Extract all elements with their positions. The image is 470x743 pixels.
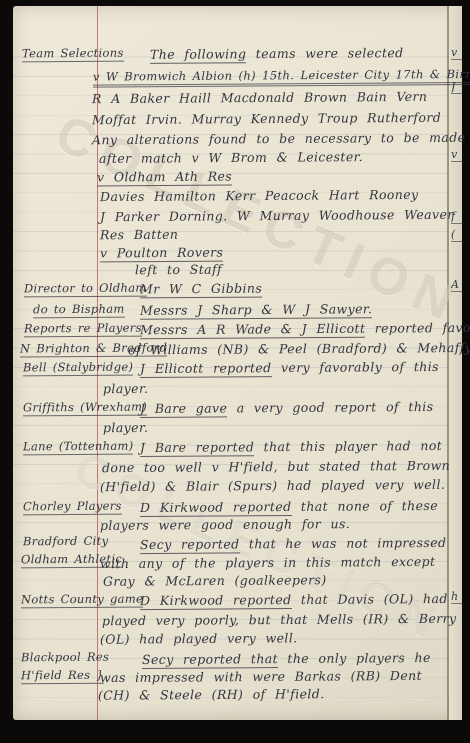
margin-label: Bell (Stalybridge) bbox=[23, 360, 133, 375]
handwriting-line: played very poorly, but that Mells (IR) … bbox=[102, 611, 457, 628]
handwriting-line: Gray & McLaren (goalkeepers) bbox=[103, 572, 327, 589]
handwriting-line: J Parker Dorning. W Murray Woodhouse Wea… bbox=[100, 207, 454, 224]
handwriting-line: J Ellicott reported very favorably of th… bbox=[140, 359, 439, 376]
margin-label: Director to Oldham bbox=[24, 281, 147, 296]
handwriting-line: Any alterations found to be necessary to… bbox=[92, 130, 466, 148]
edge-fragment: A bbox=[451, 278, 463, 292]
handwriting-line: Secy reported that the only players he bbox=[142, 650, 431, 667]
margin-label: Blackpool Res bbox=[21, 650, 109, 665]
margin-label: H'field Res } bbox=[21, 668, 104, 683]
handwriting-line: J Bare reported that this player had not bbox=[140, 438, 442, 455]
edge-fragment: h bbox=[451, 590, 463, 604]
handwriting-line: player. bbox=[103, 381, 148, 396]
margin-label: Team Selections bbox=[22, 46, 124, 61]
handwriting-line: with any of the players in this match ex… bbox=[100, 554, 436, 571]
edge-fragment: f bbox=[451, 210, 463, 224]
margin-label: Lane (Tottenham) bbox=[23, 439, 134, 454]
handwriting-line: Mr W C Gibbins bbox=[140, 281, 262, 297]
handwriting-line: Res Batten bbox=[100, 227, 178, 243]
margin-label: Bradford City bbox=[23, 534, 108, 549]
handwriting-line: J Bare gave a very good report of this bbox=[140, 399, 434, 416]
handwriting-line: (H'field) & Blair (Spurs) had played ver… bbox=[100, 477, 445, 494]
handwriting-line: Messrs J Sharp & W J Sawyer. bbox=[140, 301, 372, 318]
handwriting-line: Secy reported that he was not impressed bbox=[140, 535, 446, 552]
handwriting-line: was impressed with were Barkas (RB) Dent bbox=[100, 668, 422, 685]
handwriting-line: (OL) had played very well. bbox=[100, 630, 298, 646]
handwriting-line: player. bbox=[103, 420, 148, 435]
margin-label: Chorley Players bbox=[23, 499, 122, 514]
margin-label: Reports re Players bbox=[24, 321, 142, 336]
handwriting-line: after match v W Brom & Leicester. bbox=[99, 149, 363, 166]
handwriting-line: D Kirkwood reported that none of these bbox=[140, 498, 438, 515]
handwriting-line: The following teams were selected bbox=[150, 45, 404, 62]
margin-label: Notts County game bbox=[21, 592, 143, 607]
margin-label: Griffiths (Wrexham) bbox=[23, 400, 147, 415]
handwriting-line: of Williams (NB) & Peel (Bradford) & Meh… bbox=[128, 340, 470, 358]
handwriting-line: Davies Hamilton Kerr Peacock Hart Rooney bbox=[100, 187, 419, 204]
edge-fragment: J bbox=[451, 80, 463, 94]
edge-fragment: ( bbox=[451, 228, 463, 242]
handwriting-line: players were good enough for us. bbox=[100, 516, 350, 533]
handwriting-line: Messrs A R Wade & J Ellicott reported fa… bbox=[140, 320, 470, 338]
handwriting-line: D Kirkwood reported that Davis (OL) had bbox=[140, 591, 448, 608]
handwriting-line: v Poulton Rovers bbox=[100, 245, 223, 261]
handwriting-line: Moffat Irvin. Murray Kennedy Troup Ruthe… bbox=[92, 110, 441, 127]
margin-label: do to Bispham bbox=[33, 302, 125, 317]
handwriting-line: (CH) & Steele (RH) of H'field. bbox=[98, 686, 325, 703]
handwriting-line: left to Staff bbox=[135, 262, 222, 278]
handwriting-line: R A Baker Haill Macdonald Brown Bain Ver… bbox=[92, 89, 427, 106]
scanned-minute-book-photo: { "document": { "kind": "handwritten min… bbox=[0, 0, 470, 743]
edge-fragment: v bbox=[451, 46, 463, 60]
handwriting-line: v Oldham Ath Res bbox=[97, 169, 232, 185]
edge-fragment: v bbox=[451, 148, 463, 162]
handwriting-line: done too well v H'field, but stated that… bbox=[102, 458, 450, 475]
handwriting-line: v W Bromwich Albion (h) 15th. Leicester … bbox=[93, 66, 470, 83]
